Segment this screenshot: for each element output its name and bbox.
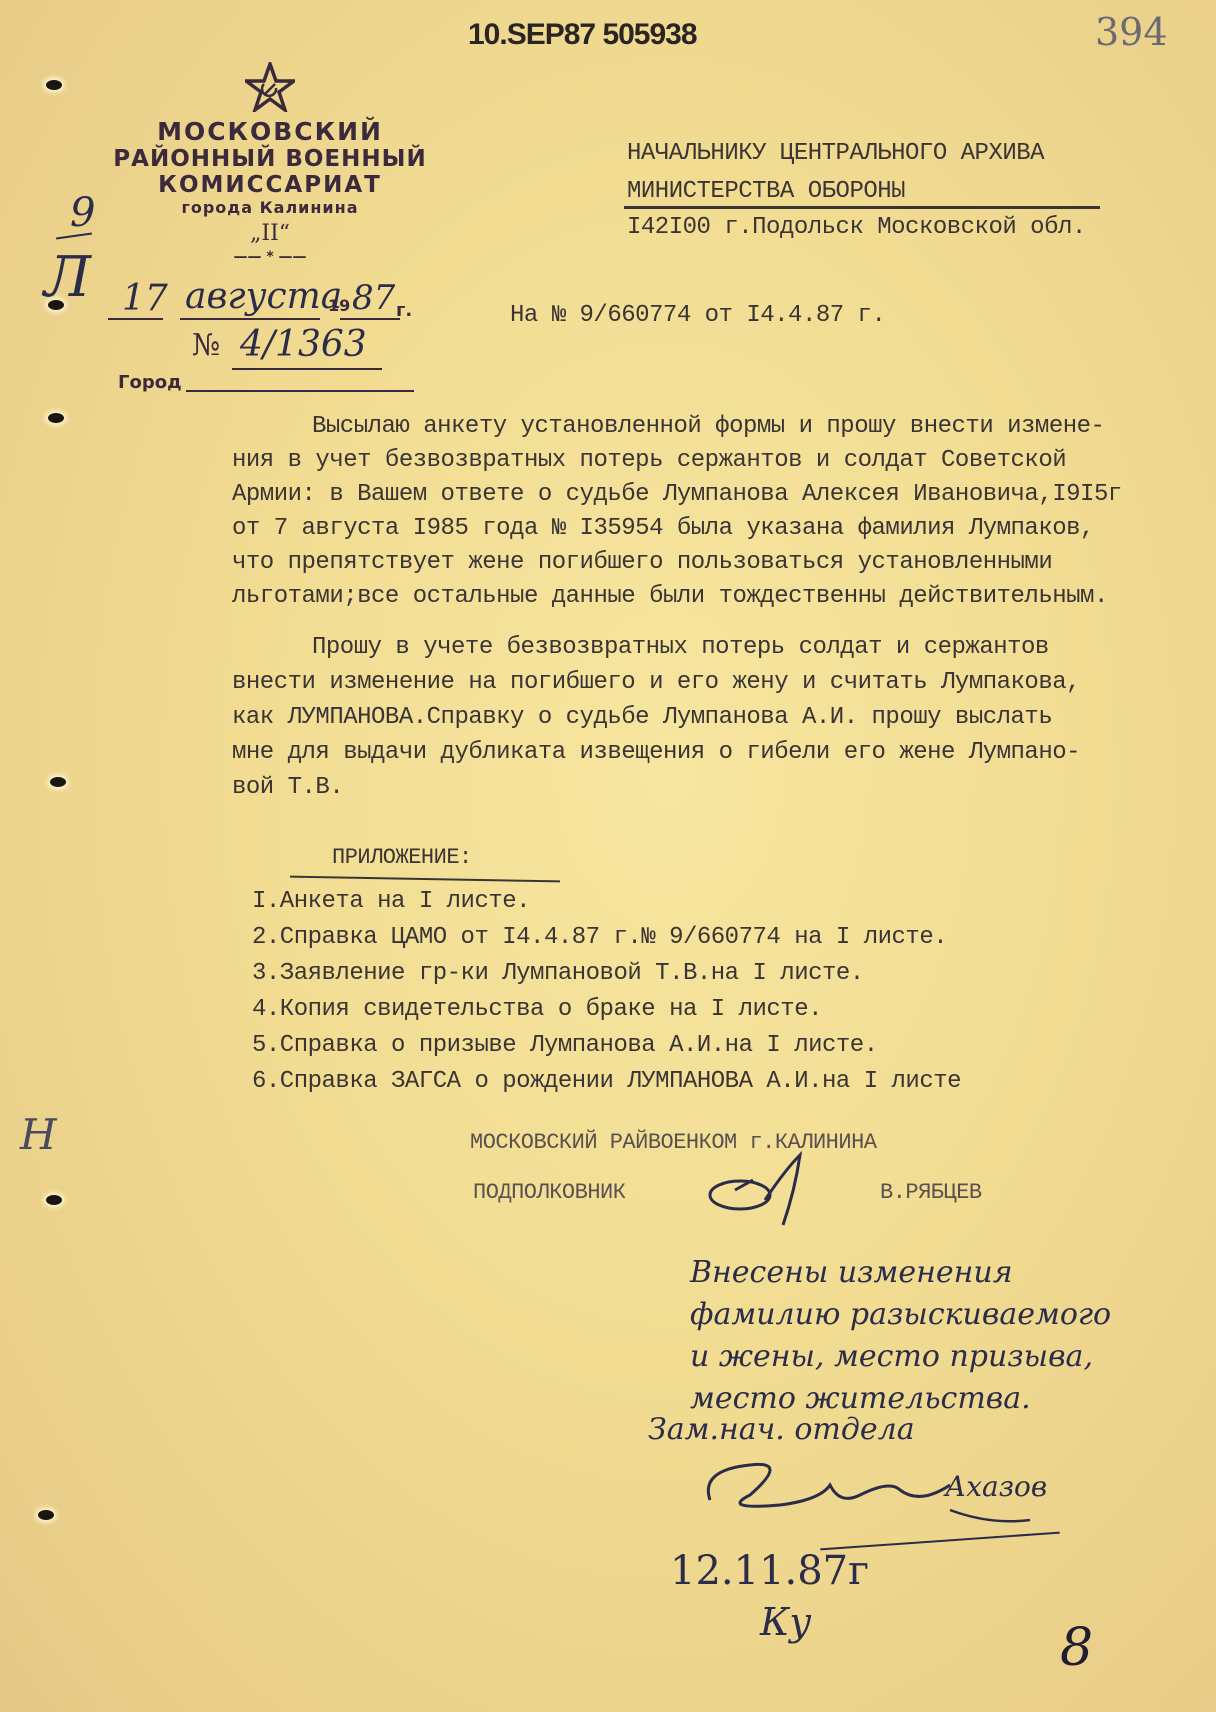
body-paragraph-2: Прошу в учете безвозвратных потерь солда… — [232, 630, 1080, 805]
body-line: как ЛУМПАНОВА.Справку о судьбе Лумпанова… — [232, 700, 1080, 735]
punch-hole — [46, 1195, 62, 1205]
addressee-line-3: I42I00 г.Подольск Московской обл. — [627, 214, 1086, 241]
punch-hole — [38, 1510, 54, 1520]
addressee-line-1: НАЧАЛЬНИКУ ЦЕНТРАЛЬНОГО АРХИВА — [627, 140, 1044, 167]
stamp-city-label: Город — [118, 372, 182, 393]
resolution-date: 12.11.87г — [670, 1548, 869, 1594]
registration-stamp: 10.SEP87 505938 — [468, 18, 697, 52]
handwritten-resolution: Внесены изменения фамилию разыскиваемого… — [690, 1252, 1111, 1420]
star-emblem-icon — [245, 62, 295, 112]
stamp-line-1: МОСКОВСКИЙ — [100, 118, 440, 146]
resolution-signature-name: Ахазов — [945, 1470, 1047, 1503]
margin-fraction-top: 9 — [70, 190, 95, 236]
punch-hole — [46, 80, 62, 90]
body-line: от 7 августа I985 года № I35954 была ука… — [232, 512, 1122, 546]
punch-hole — [50, 777, 66, 787]
archive-page-number: 394 — [1095, 10, 1168, 54]
body-line: ния в учет безвозвратных потерь сержанто… — [232, 444, 1122, 478]
resolution-date-stroke — [820, 1532, 1060, 1551]
resolution-line: фамилию разыскиваемого — [690, 1294, 1111, 1336]
city-line — [186, 390, 414, 392]
stamp-line-2: РАЙОННЫЙ ВОЕННЫЙ — [100, 146, 440, 172]
body-line: вой Т.В. — [232, 770, 1080, 805]
body-line: что препятствует жене погибшего пользова… — [232, 546, 1122, 580]
stamp-number-value: 4/1363 — [240, 324, 367, 365]
attachment-item: 5.Справка о призыве Лумпанова А.И.на I л… — [252, 1028, 961, 1064]
body-line: льготами;все остальные данные были тожде… — [232, 580, 1122, 614]
addressee-underline — [624, 206, 1100, 209]
margin-lower-mark: Н — [20, 1110, 57, 1159]
body-line: Высылаю анкету установленной формы и про… — [232, 410, 1122, 444]
attachments-heading: ПРИЛОЖЕНИЕ: — [332, 845, 472, 870]
sender-stamp: МОСКОВСКИЙ РАЙОННЫЙ ВОЕННЫЙ КОМИССАРИАТ … — [100, 118, 440, 264]
resolution-line: и жены, место призыва, — [690, 1336, 1111, 1378]
stamp-line-4: города Калинина — [100, 198, 440, 218]
attachment-item: 4.Копия свидетельства о браке на I листе… — [252, 992, 961, 1028]
stamp-date-month: августа — [185, 276, 342, 317]
date-line — [180, 318, 320, 320]
stamp-date-year: 87 — [352, 278, 395, 318]
attachments-heading-underline — [290, 876, 560, 883]
body-line: Армии: в Вашем ответе о судьбе Лумпанова… — [232, 478, 1122, 512]
date-line — [340, 318, 400, 320]
body-line: мне для выдачи дубликата извещения о гиб… — [232, 735, 1080, 770]
body-paragraph-1: Высылаю анкету установленной формы и про… — [232, 410, 1122, 614]
signature-rank: ПОДПОЛКОВНИК — [473, 1180, 625, 1205]
attachment-item: I.Анкета на I листе. — [252, 884, 961, 920]
attachment-item: 6.Справка ЗАГСА о рождении ЛУМПАНОВА А.И… — [252, 1064, 961, 1100]
resolution-line: Внесены изменения — [690, 1252, 1111, 1294]
stamp-separator: —— * —— — [100, 250, 440, 264]
signature-name: В.РЯБЦЕВ — [880, 1180, 982, 1205]
resolution-position: Зам.нач. отдела — [648, 1412, 915, 1447]
attachment-item: 3.Заявление гр-ки Лумпановой Т.В.на I ли… — [252, 956, 961, 992]
attachments-list: I.Анкета на I листе. 2.Справка ЦАМО от I… — [252, 884, 961, 1100]
stamp-line-3: КОМИССАРИАТ — [100, 172, 440, 198]
bottom-initial: Ку — [760, 1600, 811, 1644]
stamp-line-5: „II“ — [100, 218, 440, 250]
punch-hole — [48, 413, 64, 423]
signature-scribble-icon — [705, 1150, 815, 1230]
bottom-page-mark: 8 — [1060, 1618, 1093, 1678]
signature-org: МОСКОВСКИЙ РАЙВОЕНКОМ г.КАЛИНИНА — [470, 1130, 876, 1155]
reference-line: На № 9/660774 от I4.4.87 г. — [510, 302, 885, 329]
stamp-number-label: № — [192, 328, 220, 363]
attachment-item: 2.Справка ЦАМО от I4.4.87 г.№ 9/660774 н… — [252, 920, 961, 956]
body-line: Прошу в учете безвозвратных потерь солда… — [232, 630, 1080, 665]
body-line: внести изменение на погибшего и его жену… — [232, 665, 1080, 700]
addressee-line-2: МИНИСТЕРСТВА ОБОРОНЫ — [627, 178, 905, 205]
margin-fraction-bottom: Л — [44, 245, 91, 310]
stamp-date-day: 17 — [122, 278, 168, 319]
stamp-date-suffix: г. — [396, 300, 412, 321]
number-line — [232, 368, 382, 370]
stamp-date-year-prefix: 19 — [328, 296, 350, 315]
